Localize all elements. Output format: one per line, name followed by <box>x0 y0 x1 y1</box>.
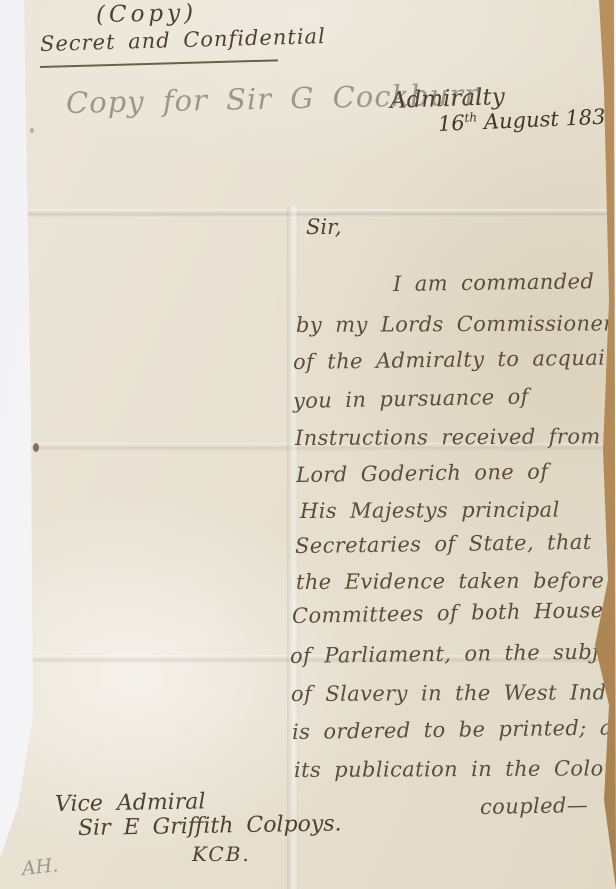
body-line: His Majestys principal <box>300 498 560 523</box>
letter-sheet: (Copy) Secret and Confidential Copy for … <box>0 0 616 889</box>
body-line: its publication in the Colonies <box>294 756 616 782</box>
body-line: of Parliament, on the subject <box>290 639 616 668</box>
body-line: Committees of both Houses <box>292 598 615 628</box>
date-month-year: August 1832. <box>477 104 616 134</box>
date-ordinal: th <box>464 110 477 125</box>
date-day: 16 <box>437 111 465 136</box>
copy-label: (Copy) <box>96 0 198 28</box>
salutation: Sir, <box>306 215 342 239</box>
pencil-initials: AH. <box>21 854 59 880</box>
classification-heading: Secret and Confidential <box>40 24 326 56</box>
foxing-speck <box>33 443 39 452</box>
body-line: I am commanded <box>393 269 595 296</box>
body-line: by my Lords Commissioners <box>296 311 616 337</box>
body-line: is ordered to be printed; and <box>292 715 616 744</box>
addressee-name: Sir E Griffith Colpoys. <box>78 811 342 841</box>
addressee-honours: KCB. <box>192 842 251 866</box>
body-line: Secretaries of State, that <box>295 530 592 558</box>
body-line: of Slavery in the West Indies <box>291 680 616 706</box>
catchword: coupled— <box>480 793 589 819</box>
foxing-speck <box>30 128 34 133</box>
body-line: of the Admiralty to acquaint <box>293 345 616 374</box>
photo-backdrop: (Copy) Secret and Confidential Copy for … <box>0 0 616 889</box>
body-line: the Evidence taken before <box>296 568 604 594</box>
body-line: Instructions received from <box>295 424 601 450</box>
body-line: you in pursuance of <box>293 384 529 413</box>
addressee-rank: Vice Admiral <box>55 789 206 817</box>
classification-underline <box>40 59 278 67</box>
body-line: Lord Goderich one of <box>296 459 549 487</box>
